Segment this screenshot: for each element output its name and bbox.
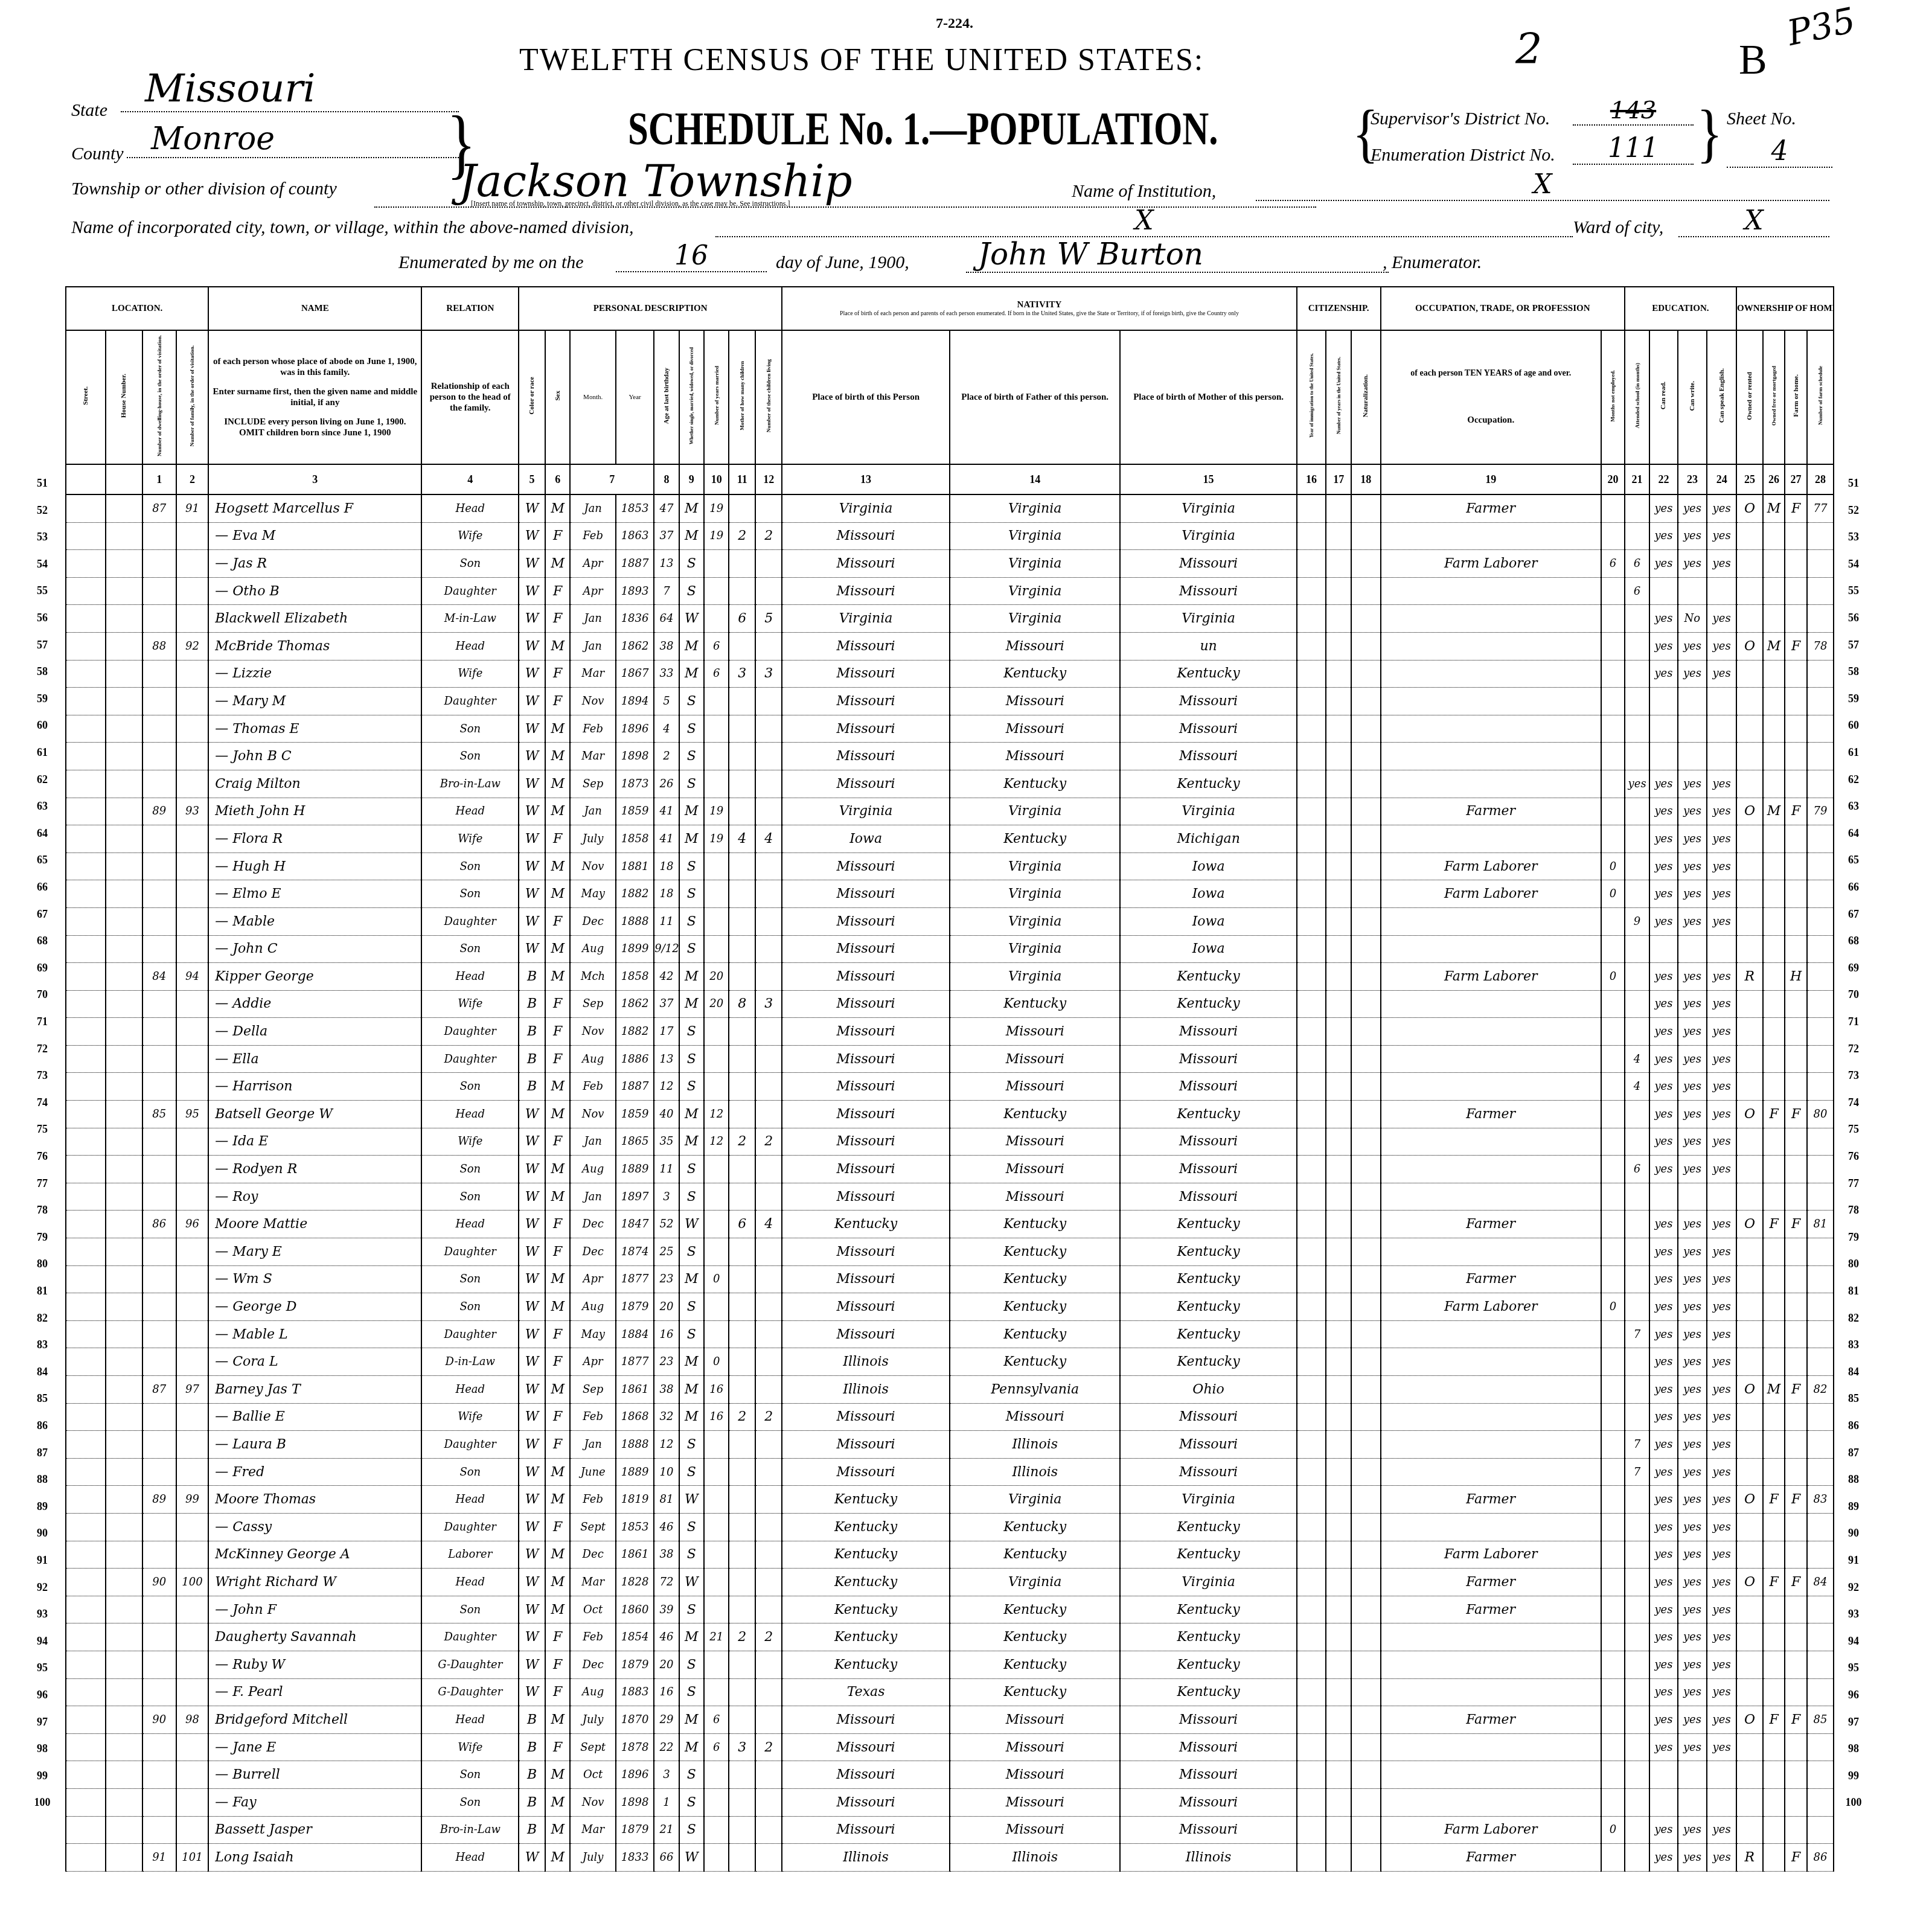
sex-cell[interactable]: F bbox=[545, 1348, 570, 1376]
mother-of-cell[interactable]: 6 bbox=[729, 1211, 755, 1238]
occupation-cell[interactable] bbox=[1381, 907, 1601, 935]
immigration-cell[interactable] bbox=[1297, 1678, 1326, 1706]
birth-year-cell[interactable]: 1878 bbox=[616, 1733, 654, 1761]
mother-of-cell[interactable]: 2 bbox=[729, 1128, 755, 1156]
relation-cell[interactable]: Wife bbox=[421, 660, 519, 688]
can-read-cell[interactable]: yes bbox=[1649, 1706, 1677, 1734]
farm-schedule-cell[interactable] bbox=[1807, 743, 1834, 770]
free-mortgaged-cell[interactable] bbox=[1763, 1541, 1785, 1569]
birthplace-cell[interactable]: Missouri bbox=[782, 1788, 950, 1816]
immigration-cell[interactable] bbox=[1297, 1458, 1326, 1486]
sex-cell[interactable]: M bbox=[545, 1458, 570, 1486]
age-cell[interactable]: 72 bbox=[654, 1569, 679, 1596]
children-living-cell[interactable] bbox=[755, 852, 782, 880]
marital-status-cell[interactable]: S bbox=[679, 770, 704, 798]
name-cell[interactable]: — John C bbox=[208, 935, 421, 963]
naturalization-cell[interactable] bbox=[1351, 1733, 1381, 1761]
immigration-cell[interactable] bbox=[1297, 1293, 1326, 1321]
age-cell[interactable]: 3 bbox=[654, 1761, 679, 1789]
mother-of-cell[interactable] bbox=[729, 798, 755, 825]
age-cell[interactable]: 37 bbox=[654, 522, 679, 550]
years-in-us-cell[interactable] bbox=[1326, 852, 1351, 880]
speak-english-cell[interactable]: yes bbox=[1707, 1844, 1736, 1872]
farm-home-cell[interactable] bbox=[1785, 1761, 1807, 1789]
age-cell[interactable]: 46 bbox=[654, 1623, 679, 1651]
immigration-cell[interactable] bbox=[1297, 1541, 1326, 1569]
street-cell[interactable] bbox=[66, 632, 106, 660]
mother-of-cell[interactable] bbox=[729, 743, 755, 770]
free-mortgaged-cell[interactable]: M bbox=[1763, 494, 1785, 522]
father-birthplace-cell[interactable]: Kentucky bbox=[950, 1623, 1121, 1651]
can-write-cell[interactable]: yes bbox=[1678, 852, 1707, 880]
birth-month-cell[interactable]: July bbox=[570, 1844, 616, 1872]
name-cell[interactable]: McBride Thomas bbox=[208, 632, 421, 660]
family-number-cell[interactable] bbox=[176, 1816, 209, 1844]
farm-home-cell[interactable]: H bbox=[1785, 963, 1807, 991]
naturalization-cell[interactable] bbox=[1351, 825, 1381, 853]
farm-home-cell[interactable] bbox=[1785, 935, 1807, 963]
birth-month-cell[interactable]: May bbox=[570, 880, 616, 908]
mother-of-cell[interactable] bbox=[729, 1513, 755, 1541]
birth-month-cell[interactable]: Apr bbox=[570, 1348, 616, 1376]
mother-birthplace-cell[interactable]: Missouri bbox=[1120, 1128, 1296, 1156]
dwelling-number-cell[interactable] bbox=[142, 577, 176, 605]
farm-home-cell[interactable] bbox=[1785, 1678, 1807, 1706]
naturalization-cell[interactable] bbox=[1351, 963, 1381, 991]
marital-status-cell[interactable]: S bbox=[679, 1073, 704, 1101]
birth-month-cell[interactable]: Jan bbox=[570, 1128, 616, 1156]
city-field[interactable]: X bbox=[715, 205, 1573, 237]
family-number-cell[interactable]: 100 bbox=[176, 1569, 209, 1596]
owned-rented-cell[interactable]: O bbox=[1736, 1569, 1763, 1596]
marital-status-cell[interactable]: S bbox=[679, 577, 704, 605]
age-cell[interactable]: 23 bbox=[654, 1265, 679, 1293]
birth-year-cell[interactable]: 1887 bbox=[616, 1073, 654, 1101]
mother-of-cell[interactable] bbox=[729, 1816, 755, 1844]
mother-of-cell[interactable] bbox=[729, 1320, 755, 1348]
relation-cell[interactable]: G-Daughter bbox=[421, 1678, 519, 1706]
street-cell[interactable] bbox=[66, 577, 106, 605]
age-cell[interactable]: 21 bbox=[654, 1816, 679, 1844]
age-cell[interactable]: 7 bbox=[654, 577, 679, 605]
speak-english-cell[interactable]: yes bbox=[1707, 770, 1736, 798]
mother-of-cell[interactable] bbox=[729, 1238, 755, 1266]
naturalization-cell[interactable] bbox=[1351, 494, 1381, 522]
mother-of-cell[interactable] bbox=[729, 1678, 755, 1706]
dwelling-number-cell[interactable] bbox=[142, 550, 176, 578]
relation-cell[interactable]: Head bbox=[421, 632, 519, 660]
mother-of-cell[interactable] bbox=[729, 1706, 755, 1734]
birth-year-cell[interactable]: 1896 bbox=[616, 1761, 654, 1789]
speak-english-cell[interactable]: yes bbox=[1707, 1733, 1736, 1761]
can-write-cell[interactable]: yes bbox=[1678, 1733, 1707, 1761]
owned-rented-cell[interactable]: O bbox=[1736, 1376, 1763, 1404]
sex-cell[interactable]: F bbox=[545, 1403, 570, 1431]
years-in-us-cell[interactable] bbox=[1326, 1211, 1351, 1238]
birth-month-cell[interactable]: Feb bbox=[570, 522, 616, 550]
birthplace-cell[interactable]: Missouri bbox=[782, 1018, 950, 1046]
children-living-cell[interactable]: 4 bbox=[755, 1211, 782, 1238]
months-unemployed-cell[interactable]: 0 bbox=[1601, 1816, 1625, 1844]
owned-rented-cell[interactable] bbox=[1736, 852, 1763, 880]
mother-birthplace-cell[interactable]: Virginia bbox=[1120, 1569, 1296, 1596]
months-unemployed-cell[interactable] bbox=[1601, 1211, 1625, 1238]
dwelling-number-cell[interactable]: 84 bbox=[142, 963, 176, 991]
naturalization-cell[interactable] bbox=[1351, 770, 1381, 798]
age-cell[interactable]: 25 bbox=[654, 1238, 679, 1266]
street-cell[interactable] bbox=[66, 743, 106, 770]
family-number-cell[interactable] bbox=[176, 1238, 209, 1266]
father-birthplace-cell[interactable]: Virginia bbox=[950, 1486, 1121, 1514]
years-married-cell[interactable]: 6 bbox=[704, 1706, 729, 1734]
relation-cell[interactable]: Son bbox=[421, 1073, 519, 1101]
mother-of-cell[interactable] bbox=[729, 577, 755, 605]
months-unemployed-cell[interactable]: 6 bbox=[1601, 550, 1625, 578]
age-cell[interactable]: 2 bbox=[654, 743, 679, 770]
birthplace-cell[interactable]: Kentucky bbox=[782, 1211, 950, 1238]
sex-cell[interactable]: M bbox=[545, 798, 570, 825]
can-read-cell[interactable] bbox=[1649, 688, 1677, 715]
birth-month-cell[interactable]: Dec bbox=[570, 1211, 616, 1238]
free-mortgaged-cell[interactable] bbox=[1763, 1844, 1785, 1872]
marital-status-cell[interactable]: M bbox=[679, 963, 704, 991]
birth-month-cell[interactable]: Oct bbox=[570, 1596, 616, 1623]
owned-rented-cell[interactable]: O bbox=[1736, 1101, 1763, 1128]
mother-of-cell[interactable] bbox=[729, 715, 755, 743]
naturalization-cell[interactable] bbox=[1351, 935, 1381, 963]
mother-of-cell[interactable] bbox=[729, 1844, 755, 1872]
age-cell[interactable]: 81 bbox=[654, 1486, 679, 1514]
sex-cell[interactable]: M bbox=[545, 1156, 570, 1183]
occupation-cell[interactable]: Farmer bbox=[1381, 1101, 1601, 1128]
farm-schedule-cell[interactable] bbox=[1807, 963, 1834, 991]
house-number-cell[interactable] bbox=[106, 1348, 142, 1376]
immigration-cell[interactable] bbox=[1297, 880, 1326, 908]
years-in-us-cell[interactable] bbox=[1326, 1238, 1351, 1266]
house-number-cell[interactable] bbox=[106, 907, 142, 935]
immigration-cell[interactable] bbox=[1297, 494, 1326, 522]
sex-cell[interactable]: M bbox=[545, 550, 570, 578]
farm-schedule-cell[interactable]: 86 bbox=[1807, 1844, 1834, 1872]
marital-status-cell[interactable]: S bbox=[679, 1431, 704, 1459]
years-married-cell[interactable] bbox=[704, 715, 729, 743]
name-cell[interactable]: — Flora R bbox=[208, 825, 421, 853]
naturalization-cell[interactable] bbox=[1351, 880, 1381, 908]
marital-status-cell[interactable]: S bbox=[679, 1045, 704, 1073]
free-mortgaged-cell[interactable] bbox=[1763, 963, 1785, 991]
years-married-cell[interactable] bbox=[704, 1238, 729, 1266]
speak-english-cell[interactable]: yes bbox=[1707, 1348, 1736, 1376]
speak-english-cell[interactable]: yes bbox=[1707, 494, 1736, 522]
farm-schedule-cell[interactable] bbox=[1807, 852, 1834, 880]
children-living-cell[interactable] bbox=[755, 1486, 782, 1514]
family-number-cell[interactable]: 99 bbox=[176, 1486, 209, 1514]
marital-status-cell[interactable]: S bbox=[679, 1293, 704, 1321]
birth-year-cell[interactable]: 1889 bbox=[616, 1458, 654, 1486]
relation-cell[interactable]: Head bbox=[421, 963, 519, 991]
naturalization-cell[interactable] bbox=[1351, 1045, 1381, 1073]
years-married-cell[interactable] bbox=[704, 1293, 729, 1321]
birthplace-cell[interactable]: Illinois bbox=[782, 1844, 950, 1872]
months-unemployed-cell[interactable] bbox=[1601, 1320, 1625, 1348]
children-living-cell[interactable] bbox=[755, 1376, 782, 1404]
birth-year-cell[interactable]: 1863 bbox=[616, 522, 654, 550]
birth-year-cell[interactable]: 1888 bbox=[616, 907, 654, 935]
farm-schedule-cell[interactable] bbox=[1807, 1816, 1834, 1844]
owned-rented-cell[interactable] bbox=[1736, 1678, 1763, 1706]
dwelling-number-cell[interactable] bbox=[142, 1678, 176, 1706]
farm-home-cell[interactable] bbox=[1785, 1733, 1807, 1761]
father-birthplace-cell[interactable]: Missouri bbox=[950, 1733, 1121, 1761]
naturalization-cell[interactable] bbox=[1351, 1651, 1381, 1678]
can-write-cell[interactable]: yes bbox=[1678, 1128, 1707, 1156]
birthplace-cell[interactable]: Missouri bbox=[782, 688, 950, 715]
birth-year-cell[interactable]: 1861 bbox=[616, 1541, 654, 1569]
can-read-cell[interactable]: yes bbox=[1649, 1458, 1677, 1486]
naturalization-cell[interactable] bbox=[1351, 1156, 1381, 1183]
free-mortgaged-cell[interactable] bbox=[1763, 1431, 1785, 1459]
farm-home-cell[interactable] bbox=[1785, 880, 1807, 908]
months-unemployed-cell[interactable] bbox=[1601, 1265, 1625, 1293]
farm-home-cell[interactable]: F bbox=[1785, 1706, 1807, 1734]
free-mortgaged-cell[interactable] bbox=[1763, 1183, 1785, 1211]
farm-home-cell[interactable] bbox=[1785, 1045, 1807, 1073]
owned-rented-cell[interactable] bbox=[1736, 1761, 1763, 1789]
attended-school-cell[interactable] bbox=[1625, 1211, 1649, 1238]
name-cell[interactable]: — Fred bbox=[208, 1458, 421, 1486]
street-cell[interactable] bbox=[66, 1596, 106, 1623]
speak-english-cell[interactable]: yes bbox=[1707, 990, 1736, 1018]
dwelling-number-cell[interactable] bbox=[142, 1293, 176, 1321]
dwelling-number-cell[interactable]: 91 bbox=[142, 1844, 176, 1872]
family-number-cell[interactable] bbox=[176, 907, 209, 935]
years-in-us-cell[interactable] bbox=[1326, 1348, 1351, 1376]
marital-status-cell[interactable]: S bbox=[679, 550, 704, 578]
children-living-cell[interactable]: 2 bbox=[755, 522, 782, 550]
street-cell[interactable] bbox=[66, 1816, 106, 1844]
immigration-cell[interactable] bbox=[1297, 743, 1326, 770]
attended-school-cell[interactable] bbox=[1625, 1128, 1649, 1156]
house-number-cell[interactable] bbox=[106, 550, 142, 578]
months-unemployed-cell[interactable] bbox=[1601, 935, 1625, 963]
speak-english-cell[interactable]: yes bbox=[1707, 1678, 1736, 1706]
mother-birthplace-cell[interactable]: Kentucky bbox=[1120, 1596, 1296, 1623]
attended-school-cell[interactable] bbox=[1625, 660, 1649, 688]
sex-cell[interactable]: F bbox=[545, 605, 570, 633]
birthplace-cell[interactable]: Missouri bbox=[782, 1238, 950, 1266]
sex-cell[interactable]: F bbox=[545, 1320, 570, 1348]
street-cell[interactable] bbox=[66, 1045, 106, 1073]
can-write-cell[interactable] bbox=[1678, 1183, 1707, 1211]
house-number-cell[interactable] bbox=[106, 494, 142, 522]
street-cell[interactable] bbox=[66, 1128, 106, 1156]
immigration-cell[interactable] bbox=[1297, 1761, 1326, 1789]
can-read-cell[interactable]: yes bbox=[1649, 1486, 1677, 1514]
house-number-cell[interactable] bbox=[106, 1623, 142, 1651]
months-unemployed-cell[interactable] bbox=[1601, 1403, 1625, 1431]
months-unemployed-cell[interactable] bbox=[1601, 1623, 1625, 1651]
mother-of-cell[interactable] bbox=[729, 1788, 755, 1816]
years-married-cell[interactable]: 0 bbox=[704, 1348, 729, 1376]
occupation-cell[interactable]: Farmer bbox=[1381, 494, 1601, 522]
birthplace-cell[interactable]: Virginia bbox=[782, 605, 950, 633]
can-read-cell[interactable] bbox=[1649, 715, 1677, 743]
farm-home-cell[interactable] bbox=[1785, 1596, 1807, 1623]
immigration-cell[interactable] bbox=[1297, 770, 1326, 798]
family-number-cell[interactable] bbox=[176, 743, 209, 770]
naturalization-cell[interactable] bbox=[1351, 1018, 1381, 1046]
owned-rented-cell[interactable] bbox=[1736, 688, 1763, 715]
birth-month-cell[interactable]: May bbox=[570, 1320, 616, 1348]
birth-month-cell[interactable]: Aug bbox=[570, 1293, 616, 1321]
years-married-cell[interactable] bbox=[704, 1320, 729, 1348]
occupation-cell[interactable] bbox=[1381, 1320, 1601, 1348]
family-number-cell[interactable] bbox=[176, 935, 209, 963]
color-cell[interactable]: W bbox=[519, 852, 545, 880]
birth-month-cell[interactable]: Nov bbox=[570, 688, 616, 715]
farm-home-cell[interactable] bbox=[1785, 743, 1807, 770]
free-mortgaged-cell[interactable] bbox=[1763, 660, 1785, 688]
age-cell[interactable]: 41 bbox=[654, 825, 679, 853]
sex-cell[interactable]: F bbox=[545, 577, 570, 605]
can-read-cell[interactable]: yes bbox=[1649, 1403, 1677, 1431]
name-cell[interactable]: — Elmo E bbox=[208, 880, 421, 908]
speak-english-cell[interactable]: yes bbox=[1707, 963, 1736, 991]
age-cell[interactable]: 4 bbox=[654, 715, 679, 743]
birthplace-cell[interactable]: Texas bbox=[782, 1678, 950, 1706]
naturalization-cell[interactable] bbox=[1351, 1706, 1381, 1734]
farm-schedule-cell[interactable] bbox=[1807, 770, 1834, 798]
mother-of-cell[interactable] bbox=[729, 550, 755, 578]
dwelling-number-cell[interactable] bbox=[142, 522, 176, 550]
years-married-cell[interactable] bbox=[704, 743, 729, 770]
sex-cell[interactable]: M bbox=[545, 632, 570, 660]
farm-home-cell[interactable]: F bbox=[1785, 1486, 1807, 1514]
birth-year-cell[interactable]: 1853 bbox=[616, 1513, 654, 1541]
can-read-cell[interactable]: yes bbox=[1649, 1513, 1677, 1541]
marital-status-cell[interactable]: S bbox=[679, 1678, 704, 1706]
years-in-us-cell[interactable] bbox=[1326, 1376, 1351, 1404]
months-unemployed-cell[interactable] bbox=[1601, 1073, 1625, 1101]
color-cell[interactable]: W bbox=[519, 1265, 545, 1293]
age-cell[interactable]: 37 bbox=[654, 990, 679, 1018]
name-cell[interactable]: — Cassy bbox=[208, 1513, 421, 1541]
years-in-us-cell[interactable] bbox=[1326, 1073, 1351, 1101]
years-married-cell[interactable]: 16 bbox=[704, 1403, 729, 1431]
owned-rented-cell[interactable] bbox=[1736, 577, 1763, 605]
name-cell[interactable]: — Mary M bbox=[208, 688, 421, 715]
relation-cell[interactable]: Daughter bbox=[421, 1045, 519, 1073]
birth-month-cell[interactable]: Jan bbox=[570, 1431, 616, 1459]
name-cell[interactable]: Moore Thomas bbox=[208, 1486, 421, 1514]
occupation-cell[interactable] bbox=[1381, 1238, 1601, 1266]
attended-school-cell[interactable] bbox=[1625, 1678, 1649, 1706]
marital-status-cell[interactable]: M bbox=[679, 660, 704, 688]
relation-cell[interactable]: Head bbox=[421, 1569, 519, 1596]
children-living-cell[interactable] bbox=[755, 1816, 782, 1844]
birthplace-cell[interactable]: Missouri bbox=[782, 1458, 950, 1486]
naturalization-cell[interactable] bbox=[1351, 1183, 1381, 1211]
can-write-cell[interactable]: yes bbox=[1678, 1844, 1707, 1872]
birthplace-cell[interactable]: Missouri bbox=[782, 1706, 950, 1734]
naturalization-cell[interactable] bbox=[1351, 550, 1381, 578]
mother-birthplace-cell[interactable]: Virginia bbox=[1120, 494, 1296, 522]
birth-year-cell[interactable]: 1874 bbox=[616, 1238, 654, 1266]
mother-birthplace-cell[interactable]: Kentucky bbox=[1120, 1293, 1296, 1321]
birth-month-cell[interactable]: Mar bbox=[570, 1569, 616, 1596]
can-read-cell[interactable]: yes bbox=[1649, 798, 1677, 825]
street-cell[interactable] bbox=[66, 1018, 106, 1046]
farm-schedule-cell[interactable] bbox=[1807, 1403, 1834, 1431]
birth-year-cell[interactable]: 1854 bbox=[616, 1623, 654, 1651]
can-write-cell[interactable]: yes bbox=[1678, 1073, 1707, 1101]
mother-birthplace-cell[interactable]: Kentucky bbox=[1120, 1320, 1296, 1348]
mother-birthplace-cell[interactable]: Iowa bbox=[1120, 935, 1296, 963]
speak-english-cell[interactable]: yes bbox=[1707, 1541, 1736, 1569]
family-number-cell[interactable] bbox=[176, 1045, 209, 1073]
can-write-cell[interactable]: yes bbox=[1678, 1376, 1707, 1404]
mother-of-cell[interactable]: 4 bbox=[729, 825, 755, 853]
sex-cell[interactable]: M bbox=[545, 852, 570, 880]
can-read-cell[interactable]: yes bbox=[1649, 632, 1677, 660]
mother-birthplace-cell[interactable]: Virginia bbox=[1120, 522, 1296, 550]
years-in-us-cell[interactable] bbox=[1326, 1265, 1351, 1293]
sex-cell[interactable]: M bbox=[545, 1541, 570, 1569]
birth-month-cell[interactable]: Feb bbox=[570, 1486, 616, 1514]
years-married-cell[interactable]: 6 bbox=[704, 1733, 729, 1761]
mother-birthplace-cell[interactable]: Missouri bbox=[1120, 1733, 1296, 1761]
birthplace-cell[interactable]: Missouri bbox=[782, 1101, 950, 1128]
naturalization-cell[interactable] bbox=[1351, 1376, 1381, 1404]
years-married-cell[interactable] bbox=[704, 1844, 729, 1872]
mother-of-cell[interactable] bbox=[729, 907, 755, 935]
attended-school-cell[interactable] bbox=[1625, 880, 1649, 908]
attended-school-cell[interactable] bbox=[1625, 1788, 1649, 1816]
months-unemployed-cell[interactable] bbox=[1601, 1101, 1625, 1128]
relation-cell[interactable]: Son bbox=[421, 1293, 519, 1321]
attended-school-cell[interactable]: yes bbox=[1625, 770, 1649, 798]
street-cell[interactable] bbox=[66, 990, 106, 1018]
family-number-cell[interactable]: 101 bbox=[176, 1844, 209, 1872]
sex-cell[interactable]: F bbox=[545, 1651, 570, 1678]
birth-month-cell[interactable]: Mch bbox=[570, 963, 616, 991]
relation-cell[interactable]: Son bbox=[421, 1788, 519, 1816]
dwelling-number-cell[interactable] bbox=[142, 770, 176, 798]
marital-status-cell[interactable]: M bbox=[679, 798, 704, 825]
father-birthplace-cell[interactable]: Kentucky bbox=[950, 1211, 1121, 1238]
occupation-cell[interactable]: Farmer bbox=[1381, 1596, 1601, 1623]
mother-of-cell[interactable] bbox=[729, 1376, 755, 1404]
street-cell[interactable] bbox=[66, 963, 106, 991]
house-number-cell[interactable] bbox=[106, 715, 142, 743]
mother-birthplace-cell[interactable]: Virginia bbox=[1120, 605, 1296, 633]
birthplace-cell[interactable]: Missouri bbox=[782, 1073, 950, 1101]
months-unemployed-cell[interactable]: 0 bbox=[1601, 852, 1625, 880]
attended-school-cell[interactable] bbox=[1625, 963, 1649, 991]
father-birthplace-cell[interactable]: Missouri bbox=[950, 1045, 1121, 1073]
mother-birthplace-cell[interactable]: Iowa bbox=[1120, 907, 1296, 935]
father-birthplace-cell[interactable]: Virginia bbox=[950, 880, 1121, 908]
can-write-cell[interactable]: yes bbox=[1678, 770, 1707, 798]
family-number-cell[interactable] bbox=[176, 852, 209, 880]
birthplace-cell[interactable]: Missouri bbox=[782, 880, 950, 908]
relation-cell[interactable]: Wife bbox=[421, 990, 519, 1018]
birth-year-cell[interactable]: 1877 bbox=[616, 1265, 654, 1293]
naturalization-cell[interactable] bbox=[1351, 577, 1381, 605]
children-living-cell[interactable] bbox=[755, 1101, 782, 1128]
mother-of-cell[interactable] bbox=[729, 1486, 755, 1514]
color-cell[interactable]: W bbox=[519, 1320, 545, 1348]
